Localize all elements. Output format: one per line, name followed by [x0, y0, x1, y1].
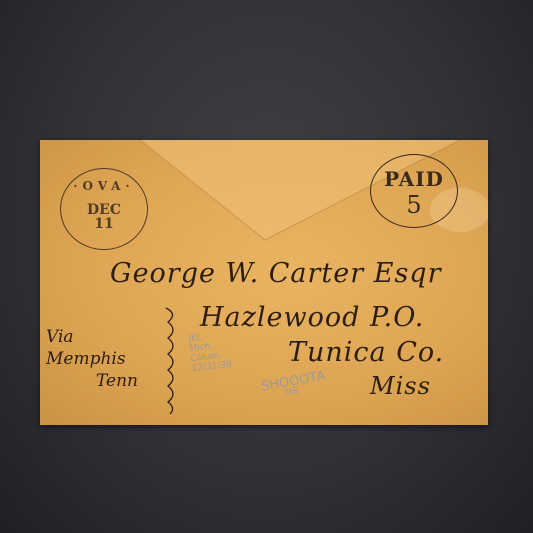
address-post-office: Hazlewood P.O. — [200, 302, 424, 333]
envelope: ·OVA· DEC 11 PAID 5 George W. Carter Esq… — [40, 140, 488, 425]
paid-handstamp: PAID 5 — [370, 154, 458, 228]
rate-value: 5 — [371, 191, 457, 219]
address-state: Miss — [370, 372, 431, 400]
bracket-squiggle — [164, 306, 180, 416]
postmark-town: ·OVA· — [61, 179, 147, 193]
routing-city: Memphis — [46, 348, 138, 370]
circular-datestamp: ·OVA· DEC 11 — [60, 168, 148, 250]
addressee-name: George W. Carter Esqr — [110, 258, 442, 289]
postmark-month: DEC — [61, 203, 147, 217]
pencil-dealer-note: JEL Mich. Colum. 12/31/39 — [188, 330, 232, 374]
routing-state: Tenn — [46, 370, 138, 392]
postmark-day: 11 — [61, 217, 147, 231]
routing-note: Via Memphis Tenn — [46, 326, 138, 392]
routing-via: Via — [46, 326, 138, 348]
paid-text: PAID — [371, 167, 457, 191]
address-county: Tunica Co. — [288, 337, 444, 368]
postmark-date: DEC 11 — [61, 203, 147, 231]
